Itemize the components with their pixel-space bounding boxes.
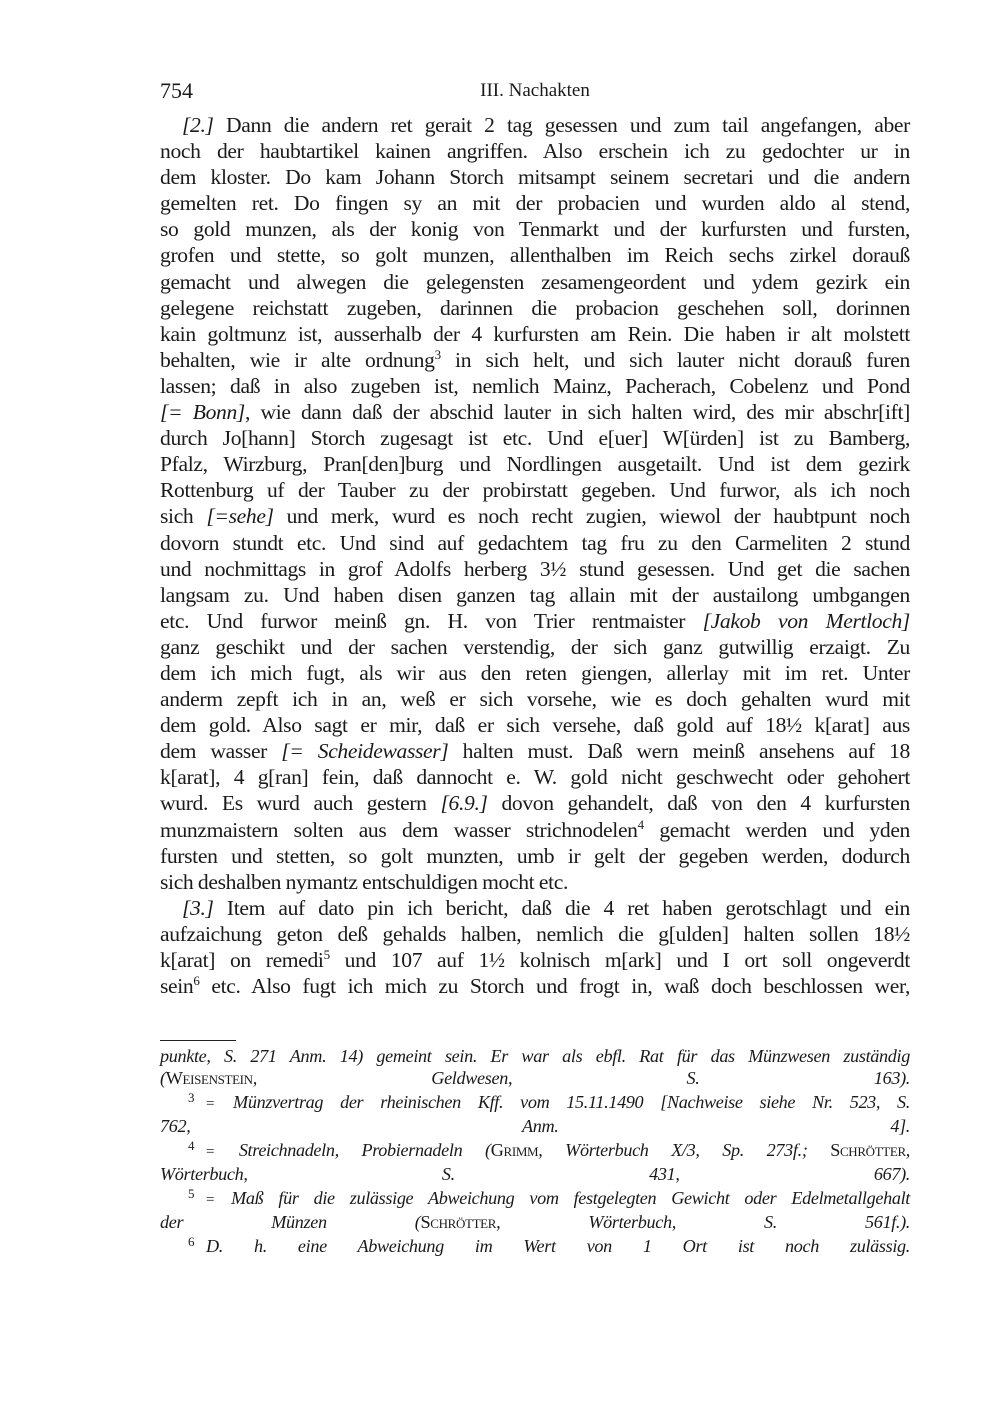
text-line: und nochmittags in grof Adolfs herberg 3…	[160, 556, 910, 582]
text-line: wurd. Es wurd auch gestern [6.9.] dovon …	[160, 790, 910, 816]
footnote-4: 4= Streichnadeln, Probiernadeln (Grimm, …	[160, 1140, 910, 1185]
text-line: fursten und stetten, so golt munzten, um…	[160, 843, 910, 869]
text-line: Rottenburg uf der Tauber zu der probirst…	[160, 477, 910, 503]
text-line: durch Jo[hann] Storch zugesagt ist etc. …	[160, 425, 910, 451]
editorial-note: [Jakob von Mertloch]	[703, 609, 910, 633]
text-line: k[arat], 4 g[ran] fein, daß dannocht e. …	[160, 764, 910, 790]
paragraph-3: [3.] Item auf dato pin ich bericht, daß …	[160, 895, 910, 999]
page: 754 III. Nachakten [2.] Dann die andern …	[160, 78, 910, 999]
footnote-line: 3= Münzvertrag der rheinischen Kff. vom …	[160, 1092, 910, 1116]
text-line: kain goltmunz ist, ausserhalb der 4 kurf…	[160, 321, 910, 347]
footnote-line: Wörterbuch, S. 431, 667).	[160, 1164, 910, 1186]
footnotes: punkte, S. 271 Anm. 14) gemeint sein. Er…	[160, 1046, 910, 1261]
main-text: [2.] Dann die andern ret gerait 2 tag ge…	[160, 112, 910, 999]
text-line: etc. Und furwor meinß gn. H. von Trier r…	[160, 608, 910, 634]
footnote-6: 6D. h. eine Abweichung im Wert von 1 Ort…	[160, 1236, 910, 1258]
text-line: gemelten ret. Do fingen sy an mit der pr…	[160, 190, 910, 216]
editorial-note: [6.9.]	[440, 791, 487, 815]
footnote-line: (Weisenstein, Geldwesen, S. 163).	[160, 1068, 910, 1090]
editorial-note: [= Bonn]	[160, 400, 245, 424]
section-marker: [3.]	[182, 896, 214, 920]
author-name: Schrötter	[830, 1140, 906, 1160]
text-line: langsam zu. Und haben disen ganzen tag a…	[160, 582, 910, 608]
text-line: [3.] Item auf dato pin ich bericht, daß …	[160, 895, 910, 921]
section-marker: [2.]	[182, 113, 214, 137]
text-line: gelegene reichstatt zugeben, darinnen di…	[160, 295, 910, 321]
text-line: dem gold. Also sagt er mir, daß er sich …	[160, 712, 910, 738]
text-line: aufzaichung geton deß gehalds halben, ne…	[160, 921, 910, 947]
running-head: 754 III. Nachakten	[160, 78, 910, 112]
footnote-line: 4= Streichnadeln, Probiernadeln (Grimm, …	[160, 1140, 910, 1164]
footnote-continued: punkte, S. 271 Anm. 14) gemeint sein. Er…	[160, 1046, 910, 1089]
text-line: dem wasser [= Scheidewasser] halten must…	[160, 738, 910, 764]
footnote-line: der Münzen (Schrötter, Wörterbuch, S. 56…	[160, 1212, 910, 1234]
author-name: Schrötter	[421, 1212, 497, 1232]
text-line: noch der haubtartikel kainen angriffen. …	[160, 138, 910, 164]
text-line: sich deshalben nymantz entschuldigen moc…	[160, 869, 910, 895]
running-title: III. Nachakten	[160, 80, 910, 102]
author-name: Weisenstein	[166, 1068, 253, 1088]
paragraph-2: [2.] Dann die andern ret gerait 2 tag ge…	[160, 112, 910, 895]
editorial-note: [= Scheidewasser]	[281, 739, 448, 763]
text-line: dovorn stundt etc. Und sind auf gedachte…	[160, 530, 910, 556]
text-line: sich [=sehe] und merk, wurd es noch rech…	[160, 503, 910, 529]
text-line: dem kloster. Do kam Johann Storch mitsam…	[160, 164, 910, 190]
footnote-line: 762, Anm. 4].	[160, 1116, 910, 1138]
footnote-3: 3= Münzvertrag der rheinischen Kff. vom …	[160, 1092, 910, 1137]
editorial-note: [=sehe]	[206, 504, 273, 528]
text-line: lassen; daß in also zugeben ist, nemlich…	[160, 373, 910, 399]
footnote-divider	[160, 1040, 236, 1041]
author-name: Grimm	[491, 1140, 539, 1160]
text-line: behalten, wie ir alte ordnung3 in sich h…	[160, 347, 910, 373]
footnote-line: 5= Maß für die zulässige Abweichung vom …	[160, 1188, 910, 1212]
text-line: Pfalz, Wirzburg, Pran[den]burg und Nordl…	[160, 451, 910, 477]
text-line: so gold munzen, als der konig von Tenmar…	[160, 216, 910, 242]
text-line: k[arat] on remedi5 und 107 auf 1½ kolnis…	[160, 947, 910, 973]
footnote-5: 5= Maß für die zulässige Abweichung vom …	[160, 1188, 910, 1233]
text-line: gemacht und alwegen die gelegensten zesa…	[160, 269, 910, 295]
footnote-line: punkte, S. 271 Anm. 14) gemeint sein. Er…	[160, 1046, 910, 1068]
text-line: ganz geschikt und der sachen verstendig,…	[160, 634, 910, 660]
text-line: [= Bonn], wie dann daß der abschid laute…	[160, 399, 910, 425]
text-line: dem ich mich fugt, als wir aus den reten…	[160, 660, 910, 686]
text-line: grofen und stette, so golt munzen, allen…	[160, 242, 910, 268]
text-line: sein6 etc. Also fugt ich mich zu Storch …	[160, 973, 910, 999]
text-line: [2.] Dann die andern ret gerait 2 tag ge…	[160, 112, 910, 138]
text-line: munzmaistern solten aus dem wasser stric…	[160, 817, 910, 843]
text-line: anderm zepft ich in an, weß er sich vors…	[160, 686, 910, 712]
footnote-line: 6D. h. eine Abweichung im Wert von 1 Ort…	[160, 1236, 910, 1258]
